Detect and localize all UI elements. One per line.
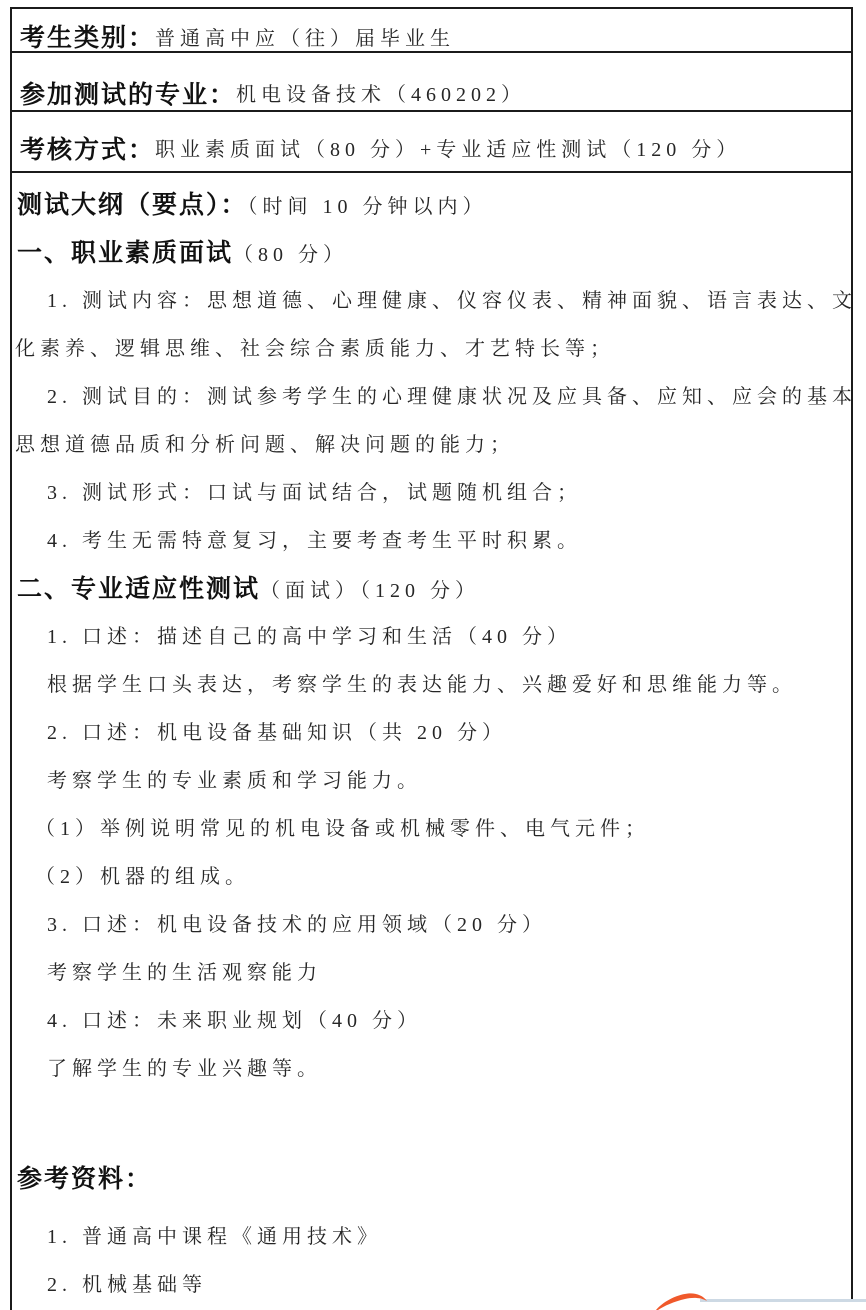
outline-line-text: 了解学生的专业兴趣等。	[47, 1058, 322, 1080]
field-row-assessment-method: 考核方式：职业素质面试（80 分）+专业适应性测试（120 分）	[12, 112, 851, 173]
document-page: 考生类别：普通高中应（往）届毕业生 参加测试的专业：机电设备技术（460202）…	[0, 0, 866, 1310]
page-edge-line	[700, 1299, 866, 1302]
outline-line-text: 根据学生口头表达，考察学生的表达能力、兴趣爱好和思维能力等。	[47, 674, 797, 696]
field-label: 考核方式：	[20, 130, 155, 166]
field-row-major: 参加测试的专业：机电设备技术（460202）	[12, 53, 851, 112]
outline-line-text: 1. 测试内容：思想道德、心理健康、仪容仪表、精神面貌、语言表达、文	[47, 290, 851, 312]
logo-swoosh-icon	[655, 1291, 709, 1310]
outline-line: 2. 口述：机电设备基础知识（共 20 分）	[15, 709, 851, 757]
outline-line: 1. 口述：描述自己的高中学习和生活（40 分）	[15, 613, 851, 661]
outline-line: 3. 测试形式：口试与面试结合，试题随机组合；	[15, 469, 851, 517]
outline-line: 1. 普通高中课程《通用技术》	[15, 1213, 851, 1261]
outline-line-text: （2）机器的组成。	[35, 866, 250, 888]
outline-line-text: （80 分）	[233, 244, 348, 266]
outline-line-text: 4. 考生无需特意复习，主要考查考生平时积累。	[47, 530, 582, 552]
outline-line: 测试大纲（要点）：（时间 10 分钟以内）	[15, 181, 851, 229]
outline-line-text: 4. 口述：未来职业规划（40 分）	[47, 1010, 422, 1032]
outline-line-text: （时间 10 分钟以内）	[248, 196, 488, 218]
outline-line-bold: 测试大纲（要点）：	[17, 191, 248, 219]
outline-line-bold: 二、专业适应性测试	[17, 575, 260, 603]
outline-line-text: 2. 机械基础等	[47, 1274, 207, 1296]
field-label: 考生类别：	[20, 18, 155, 53]
outline-line: 了解学生的专业兴趣等。	[15, 1045, 851, 1093]
outline-line-text: 化素养、逻辑思维、社会综合素质能力、才艺特长等；	[15, 338, 615, 360]
outline-line: （1）举例说明常见的机电设备或机械零件、电气元件；	[15, 805, 851, 853]
outline-line-text: （1）举例说明常见的机电设备或机械零件、电气元件；	[35, 818, 650, 840]
outline-line: 4. 口述：未来职业规划（40 分）	[15, 997, 851, 1045]
outline-line-bold: 一、职业素质面试	[17, 239, 233, 267]
outline-line-text: 思想道德品质和分析问题、解决问题的能力；	[15, 434, 515, 456]
outline-line: 参考资料：	[15, 1155, 851, 1203]
outline-line-text: 2. 测试目的：测试参考学生的心理健康状况及应具备、应知、应会的基本	[47, 386, 851, 408]
exam-outline-table: 考生类别：普通高中应（往）届毕业生 参加测试的专业：机电设备技术（460202）…	[10, 7, 853, 1310]
outline-line-text: 3. 口述：机电设备技术的应用领域（20 分）	[47, 914, 547, 936]
field-value: 职业素质面试（80 分）+专业适应性测试（120 分）	[155, 133, 741, 162]
outline-line: 3. 口述：机电设备技术的应用领域（20 分）	[15, 901, 851, 949]
outline-line: 考察学生的生活观察能力	[15, 949, 851, 997]
logo-swoosh-path	[656, 1293, 707, 1310]
border-erase-patch	[845, 1302, 866, 1310]
test-outline-cell: 测试大纲（要点）：（时间 10 分钟以内）一、职业素质面试（80 分）1. 测试…	[12, 173, 851, 1310]
outline-line-text: 考察学生的专业素质和学习能力。	[47, 770, 422, 792]
outline-line: 根据学生口头表达，考察学生的表达能力、兴趣爱好和思维能力等。	[15, 661, 851, 709]
outline-line: 考察学生的专业素质和学习能力。	[15, 757, 851, 805]
outline-line: 2. 测试目的：测试参考学生的心理健康状况及应具备、应知、应会的基本	[15, 373, 851, 421]
outline-line-text: （面试）（120 分）	[260, 580, 480, 602]
outline-line: 思想道德品质和分析问题、解决问题的能力；	[15, 421, 851, 469]
outline-line: （2）机器的组成。	[15, 853, 851, 901]
outline-line-text: 2. 口述：机电设备基础知识（共 20 分）	[47, 722, 507, 744]
outline-line: 1. 测试内容：思想道德、心理健康、仪容仪表、精神面貌、语言表达、文	[15, 277, 851, 325]
outline-line: 化素养、逻辑思维、社会综合素质能力、才艺特长等；	[15, 325, 851, 373]
outline-line: 4. 考生无需特意复习，主要考查考生平时积累。	[15, 517, 851, 565]
field-value: 机电设备技术（460202）	[236, 78, 526, 107]
outline-line-text: 3. 测试形式：口试与面试结合，试题随机组合；	[47, 482, 582, 504]
outline-line-text: 1. 普通高中课程《通用技术》	[47, 1226, 382, 1248]
outline-line-text: 考察学生的生活观察能力	[47, 962, 322, 984]
field-label: 参加测试的专业：	[20, 75, 236, 111]
outline-line: 二、专业适应性测试（面试）（120 分）	[15, 565, 851, 613]
field-row-candidate-type: 考生类别：普通高中应（往）届毕业生	[12, 9, 851, 53]
outline-line-bold: 参考资料：	[17, 1165, 152, 1193]
outline-lines: 测试大纲（要点）：（时间 10 分钟以内）一、职业素质面试（80 分）1. 测试…	[15, 181, 851, 1309]
outline-line-text: 1. 口述：描述自己的高中学习和生活（40 分）	[47, 626, 572, 648]
outline-line: 一、职业素质面试（80 分）	[15, 229, 851, 277]
field-value: 普通高中应（往）届毕业生	[155, 22, 455, 51]
